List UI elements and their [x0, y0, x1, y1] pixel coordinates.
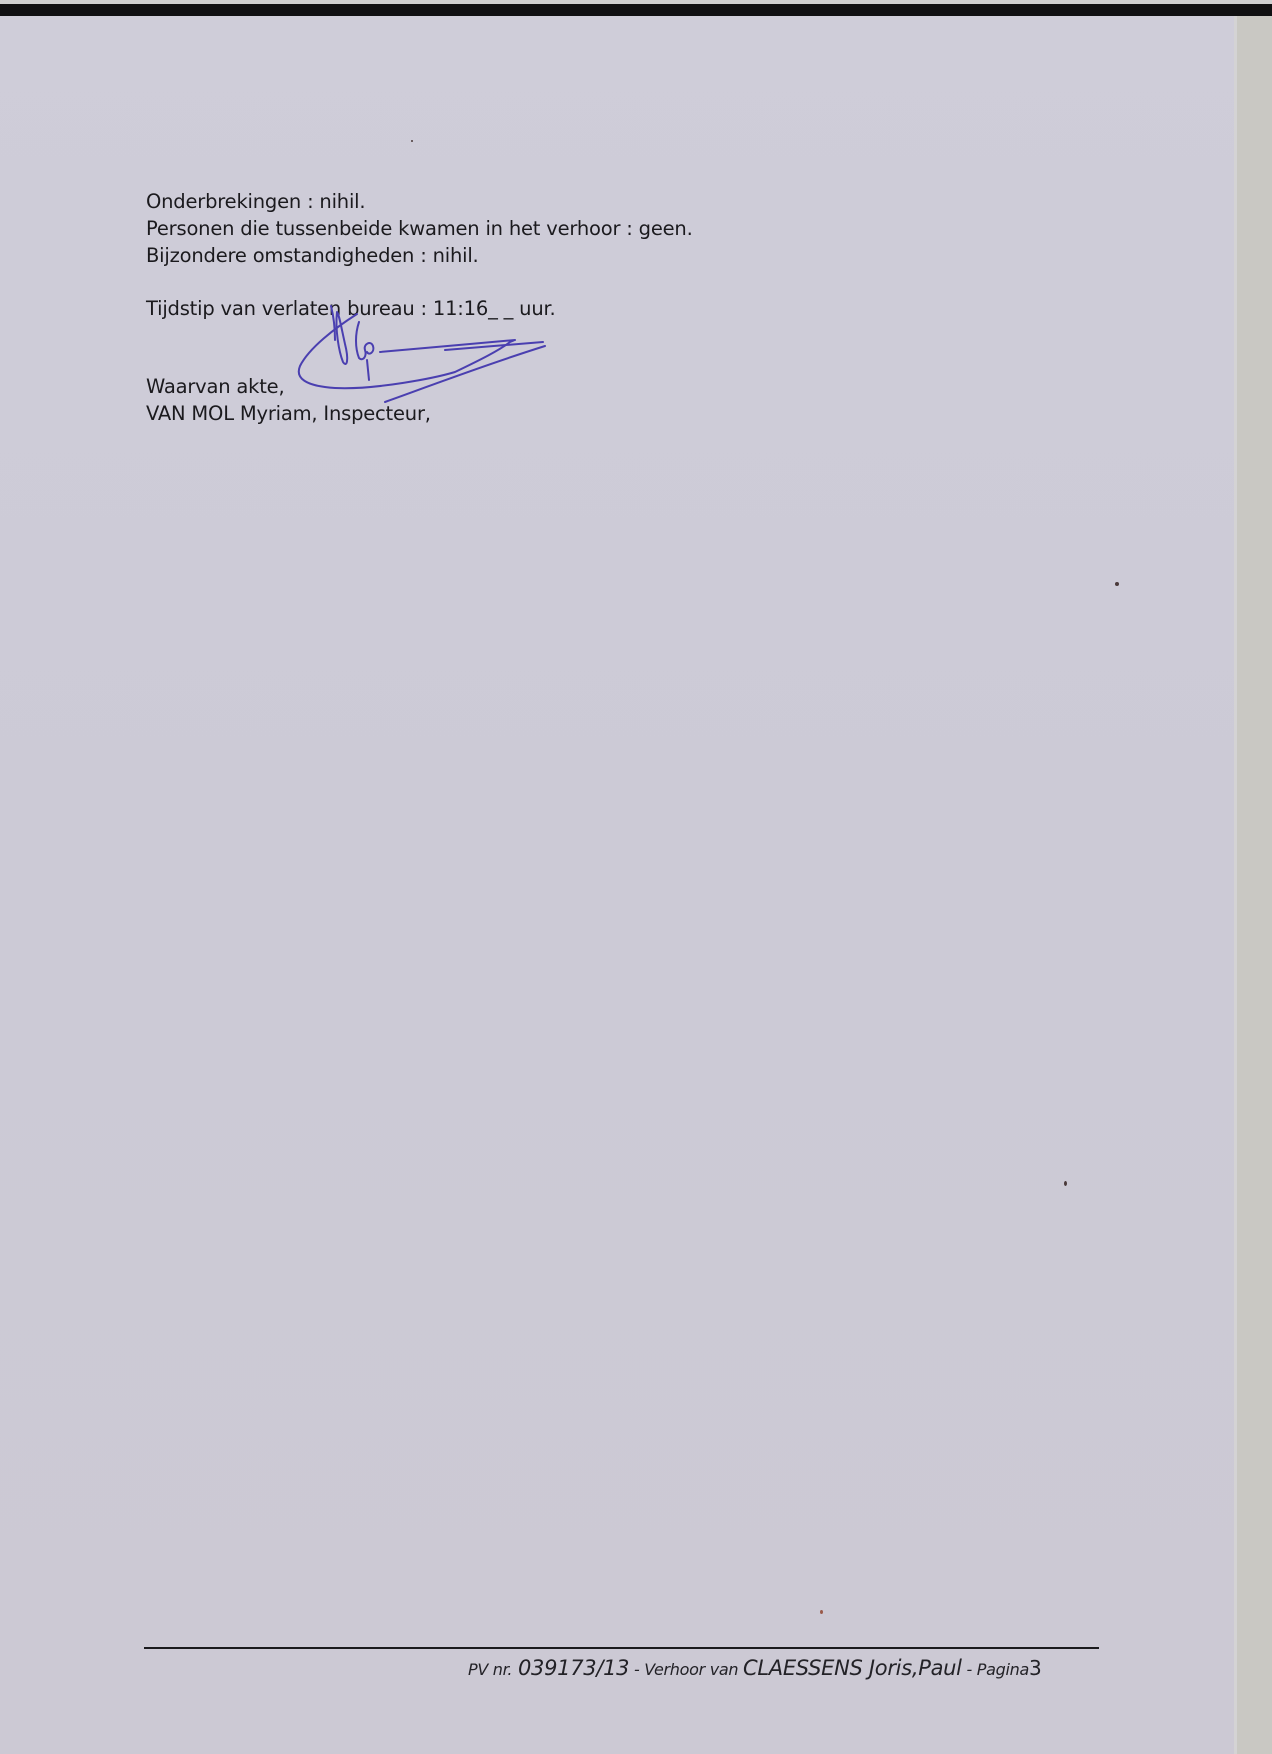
footer-divider: [144, 1647, 1099, 1649]
interview-label: Verhoor van: [644, 1660, 743, 1679]
pv-number: 039173/13: [518, 1656, 629, 1680]
footer-separator: -: [629, 1660, 644, 1679]
document-page: [0, 16, 1234, 1754]
subject-name: CLAESSENS Joris,Paul: [743, 1656, 962, 1680]
interruptions-line: Onderbrekingen : nihil.: [146, 188, 365, 215]
signature-icon: [295, 300, 555, 410]
persons-line: Personen die tussenbeide kwamen in het v…: [146, 215, 693, 242]
scan-right-edge: [1234, 16, 1272, 1754]
scan-speck: [820, 1610, 823, 1614]
circumstances-line: Bijzondere omstandigheden : nihil.: [146, 242, 479, 269]
scan-speck: [1115, 582, 1119, 586]
page-footer: PV nr. 039173/13 - Verhoor van CLAESSENS…: [468, 1656, 1041, 1680]
pv-label: PV nr.: [468, 1660, 512, 1679]
scan-speck: [1064, 1181, 1067, 1186]
scan-dark-band: [0, 4, 1272, 16]
page-number: 3: [1029, 1656, 1041, 1680]
scan-speck: [411, 140, 413, 142]
page-label: Pagina: [977, 1660, 1029, 1679]
closing-line: Waarvan akte,: [146, 373, 284, 400]
footer-separator: -: [962, 1660, 977, 1679]
